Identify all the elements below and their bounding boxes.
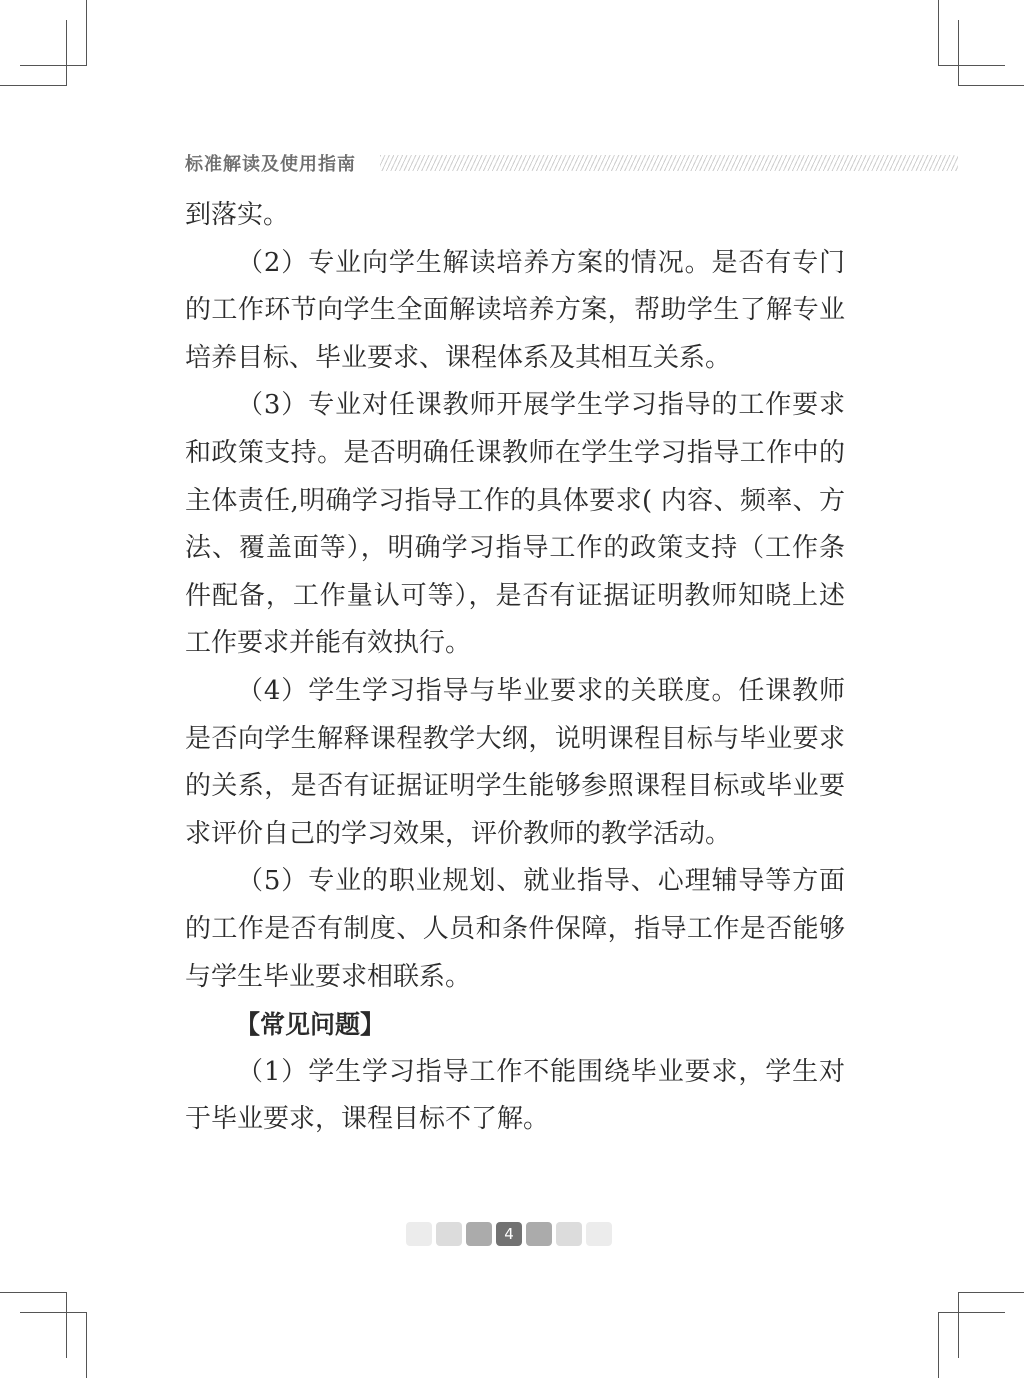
crop-mark-bottom-left xyxy=(0,1292,67,1293)
running-title: 标准解读及使用指南 xyxy=(185,150,356,176)
body-text: 到落实。 （2）专业向学生解读培养方案的情况。是否有专门的工作环节向学生全面解读… xyxy=(185,192,845,1144)
crop-mark-top-right xyxy=(958,85,1024,86)
paragraph: （4）学生学习指导与毕业要求的关联度。任课教师是否向学生解释课程教学大纲，说明课… xyxy=(185,668,845,858)
header-hatch-rule xyxy=(380,155,958,171)
paragraph: （1）学生学习指导工作不能围绕毕业要求，学生对于毕业要求，课程目标不了解。 xyxy=(185,1049,845,1144)
paragraph: 到落实。 xyxy=(185,192,845,240)
pager-block xyxy=(526,1222,552,1246)
crop-mark-bottom-right xyxy=(938,1312,939,1378)
pager-block xyxy=(406,1222,432,1246)
crop-mark-top-right xyxy=(958,20,959,86)
crop-mark-bottom-left xyxy=(86,1312,87,1378)
pager-block xyxy=(586,1222,612,1246)
pager-block xyxy=(436,1222,462,1246)
section-heading: 【常见问题】 xyxy=(185,1001,845,1049)
pager-block xyxy=(556,1222,582,1246)
crop-mark-top-left xyxy=(86,0,87,65)
crop-mark-bottom-right xyxy=(958,1292,1024,1293)
crop-mark-bottom-right xyxy=(958,1292,959,1358)
pager-block xyxy=(466,1222,492,1246)
crop-mark-bottom-left xyxy=(20,1312,87,1313)
crop-mark-bottom-right xyxy=(938,1312,1005,1313)
crop-mark-top-left xyxy=(20,65,87,66)
paragraph: （5）专业的职业规划、就业指导、心理辅导等方面的工作是否有制度、人员和条件保障，… xyxy=(185,858,845,1001)
page-number: 4 xyxy=(496,1222,522,1246)
crop-mark-top-right xyxy=(938,0,939,65)
page-number-indicator: 4 xyxy=(406,1222,612,1246)
crop-mark-top-right xyxy=(938,65,1005,66)
paragraph: （3）专业对任课教师开展学生学习指导的工作要求和政策支持。是否明确任课教师在学生… xyxy=(185,382,845,668)
crop-mark-top-left xyxy=(0,85,67,86)
crop-mark-bottom-left xyxy=(66,1292,67,1358)
paragraph: （2）专业向学生解读培养方案的情况。是否有专门的工作环节向学生全面解读培养方案，… xyxy=(185,240,845,383)
running-header: 标准解读及使用指南 xyxy=(185,150,356,176)
crop-mark-top-left xyxy=(66,20,67,86)
